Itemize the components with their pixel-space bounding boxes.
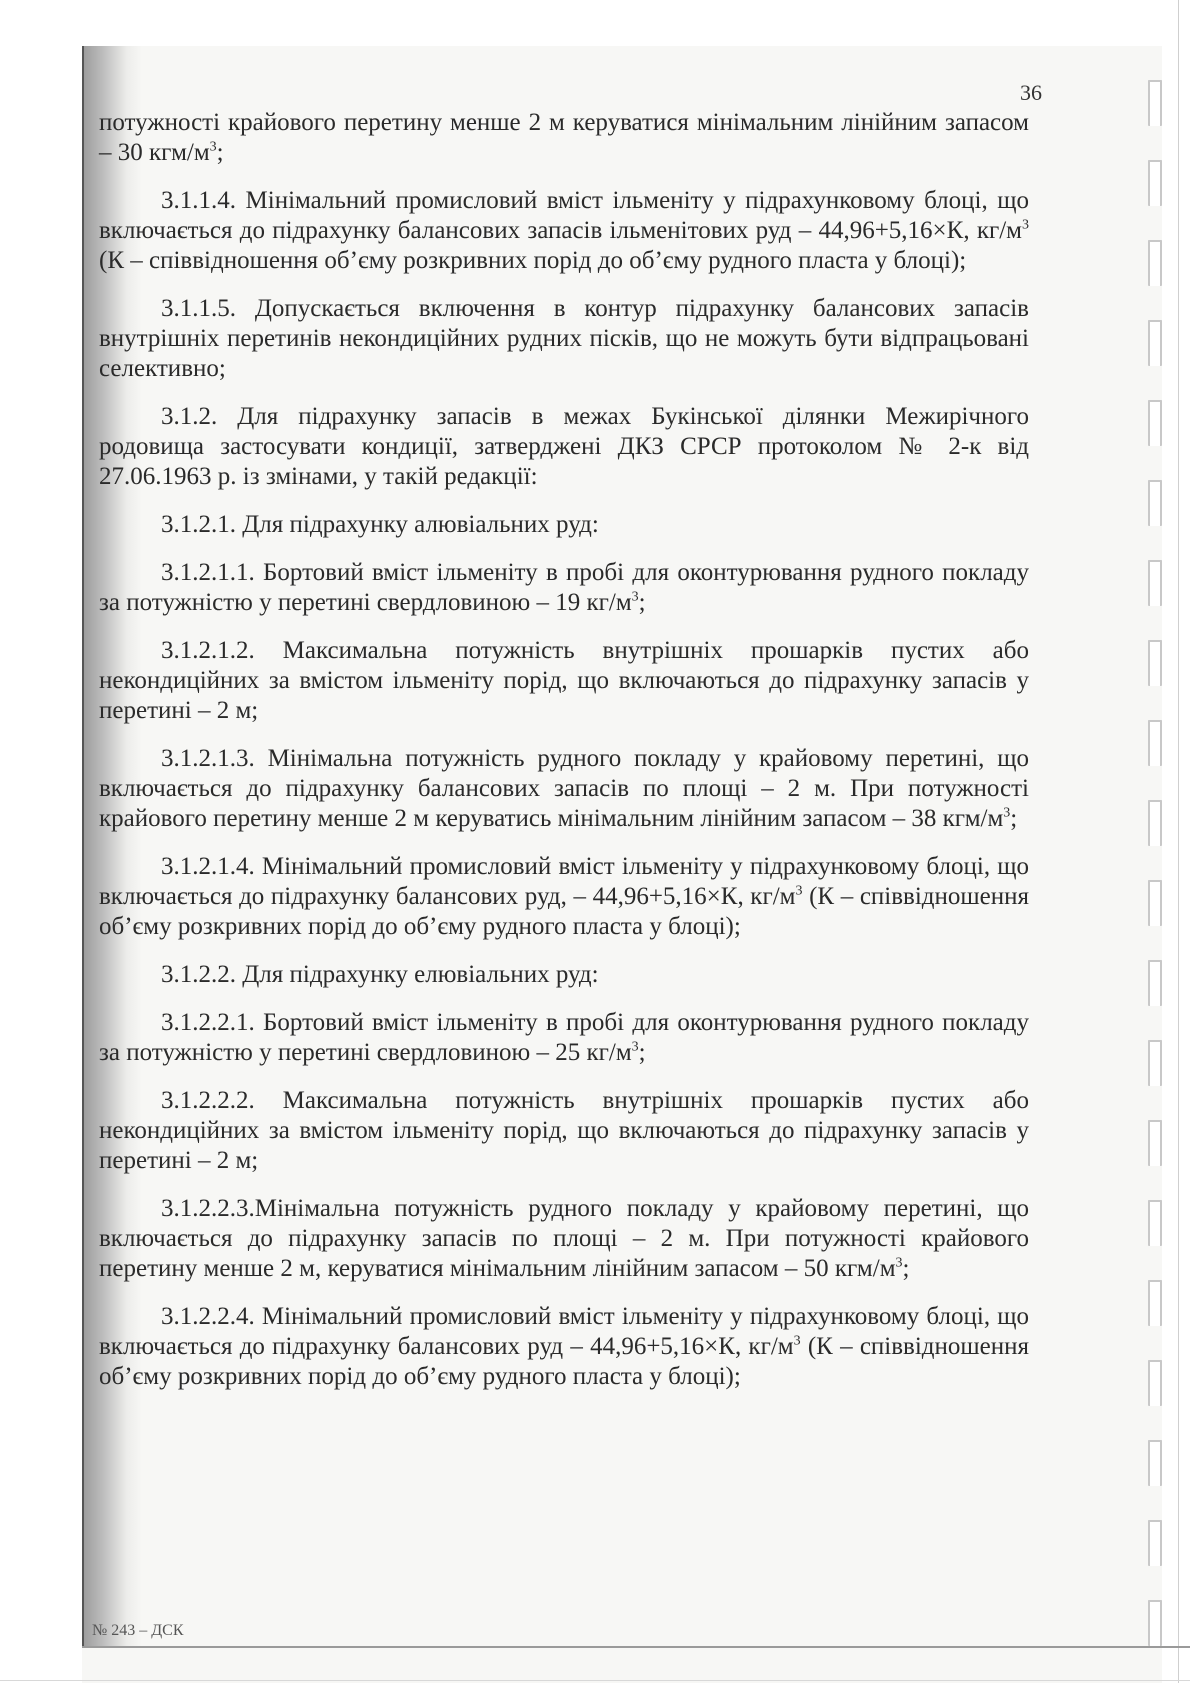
binding-hole: [1148, 1120, 1162, 1166]
document-classification-mark: № 243 – ДСК: [92, 1622, 184, 1640]
paragraph: потужності крайового перетину менше 2 м …: [99, 108, 1029, 168]
paragraph: 3.1.2.2.4. Мінімальний промисловий вміст…: [99, 1302, 1029, 1392]
paragraph: 3.1.2.1.2. Максимальна потужність внутрі…: [99, 636, 1029, 726]
binding-hole: [1148, 1040, 1162, 1086]
binding-hole: [1148, 960, 1162, 1006]
binding-hole: [1148, 800, 1162, 846]
scan-edge-line: [1178, 0, 1179, 1683]
paragraph: 3.1.2. Для підрахунку запасів в межах Бу…: [99, 402, 1029, 492]
binding-hole: [1148, 1440, 1162, 1486]
binding-hole: [1148, 880, 1162, 926]
binding-hole: [1148, 480, 1162, 526]
binding-hole: [1148, 320, 1162, 366]
binding-hole: [1148, 1280, 1162, 1326]
paragraph: 3.1.2.1.4. Мінімальний промисловий вміст…: [99, 852, 1029, 942]
document-body: потужності крайового перетину менше 2 м …: [99, 108, 1029, 1410]
paragraph: 3.1.2.2.1. Бортовий вміст ільменіту в пр…: [99, 1008, 1029, 1068]
paragraph: 3.1.2.1.1. Бортовий вміст ільменіту в пр…: [99, 558, 1029, 618]
scan-bottom-edge-2: [0, 1680, 1190, 1681]
paragraph: 3.1.1.4. Мінімальний промисловий вміст і…: [99, 186, 1029, 276]
binding-hole: [1148, 160, 1162, 206]
binding-hole: [1148, 720, 1162, 766]
scan-left-edge: [82, 46, 84, 1646]
scan-bottom-edge: [82, 1646, 1190, 1648]
paragraph-heading: 3.1.2.1. Для підрахунку алювіальних руд:: [99, 510, 1029, 540]
paragraph: 3.1.2.2.3.Мінімальна потужність рудного …: [99, 1194, 1029, 1284]
paragraph: 3.1.2.1.3. Мінімальна потужність рудного…: [99, 744, 1029, 834]
binding-hole: [1148, 1520, 1162, 1566]
binding-hole: [1148, 240, 1162, 286]
binding-hole: [1148, 1360, 1162, 1406]
binding-hole: [1148, 640, 1162, 686]
binding-hole: [1148, 80, 1162, 126]
binding-hole: [1148, 1200, 1162, 1246]
paragraph: 3.1.2.2.2. Максимальна потужність внутрі…: [99, 1086, 1029, 1176]
paragraph: 3.1.1.5. Допускається включення в контур…: [99, 294, 1029, 384]
binding-hole: [1148, 1600, 1162, 1646]
paragraph-heading: 3.1.2.2. Для підрахунку елювіальних руд:: [99, 960, 1029, 990]
page-number: 36: [1020, 80, 1042, 106]
binding-hole: [1148, 560, 1162, 606]
binding-hole: [1148, 400, 1162, 446]
